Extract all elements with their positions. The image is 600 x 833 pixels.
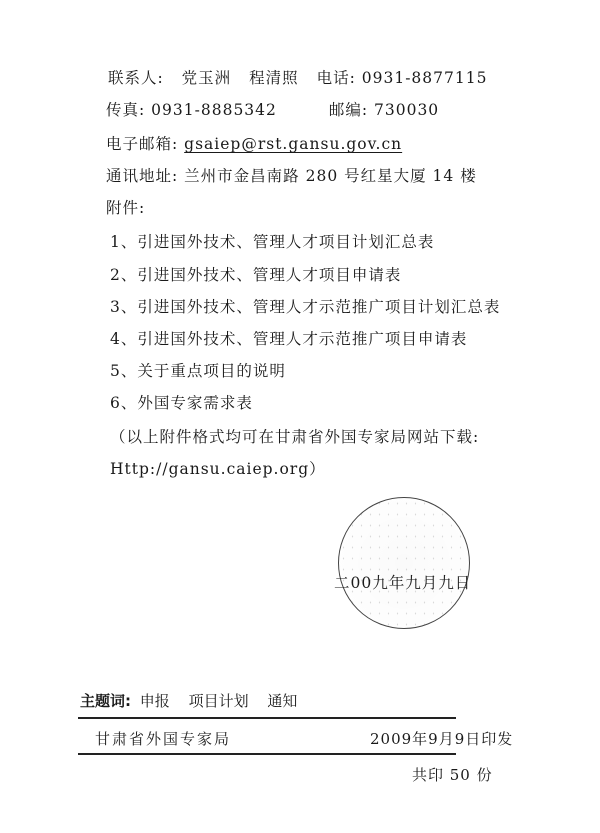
contact-person-1: 党玉洲 xyxy=(182,69,232,87)
keyword: 项目计划 xyxy=(189,692,249,710)
issuer: 甘肃省外国专家局 xyxy=(95,728,231,749)
postcode-value: 730030 xyxy=(374,101,439,119)
contact-persons-label: 联系人: xyxy=(108,69,164,87)
keyword: 申报 xyxy=(140,692,170,710)
contact-persons-line: 联系人: 党玉洲 程清照 电话: 0931-8877115 xyxy=(108,68,487,88)
attachment-item: 3、引进国外技术、管理人才示范推广项目计划汇总表 xyxy=(110,297,500,317)
keyword: 通知 xyxy=(267,692,297,710)
attachments-heading: 附件: xyxy=(106,198,145,218)
address-value: 兰州市金昌南路 280 号红星大厦 14 楼 xyxy=(184,167,477,185)
email-line: 电子邮箱: gsaiep@rst.gansu.gov.cn xyxy=(106,134,402,154)
fax-line: 传真: 0931-8885342 邮编: 730030 xyxy=(106,100,439,120)
download-url[interactable]: Http://gansu.caiep.org） xyxy=(110,459,326,479)
print-copies: 共印 50 份 xyxy=(412,764,493,785)
postcode-label: 邮编: xyxy=(329,101,368,119)
divider xyxy=(78,753,456,755)
phone-value: 0931-8877115 xyxy=(362,69,488,87)
signature-date: 二00九年九月九日 xyxy=(334,571,471,593)
address-line: 通讯地址: 兰州市金昌南路 280 号红星大厦 14 楼 xyxy=(106,166,477,186)
issue-date: 2009年9月9日印发 xyxy=(370,728,513,749)
phone-label: 电话: xyxy=(317,69,356,87)
keywords-label: 主题词: xyxy=(80,692,131,710)
address-label: 通讯地址: xyxy=(106,167,178,185)
attachment-item: 5、关于重点项目的说明 xyxy=(110,361,286,381)
fax-value: 0931-8885342 xyxy=(151,101,277,119)
attachment-item: 1、引进国外技术、管理人才项目计划汇总表 xyxy=(110,232,434,252)
email-label: 电子邮箱: xyxy=(106,135,178,153)
attachment-item: 6、外国专家需求表 xyxy=(110,393,253,413)
divider xyxy=(78,717,456,719)
official-seal xyxy=(338,497,470,629)
contact-person-2: 程清照 xyxy=(249,69,299,87)
subject-keywords: 主题词: 申报 项目计划 通知 xyxy=(80,690,297,711)
download-note: （以上附件格式均可在甘肃省外国专家局网站下载: xyxy=(110,427,479,447)
attachment-item: 4、引进国外技术、管理人才示范推广项目申请表 xyxy=(110,329,467,349)
fax-label: 传真: xyxy=(106,101,145,119)
attachment-item: 2、引进国外技术、管理人才项目申请表 xyxy=(110,265,401,285)
email-link[interactable]: gsaiep@rst.gansu.gov.cn xyxy=(184,135,402,153)
